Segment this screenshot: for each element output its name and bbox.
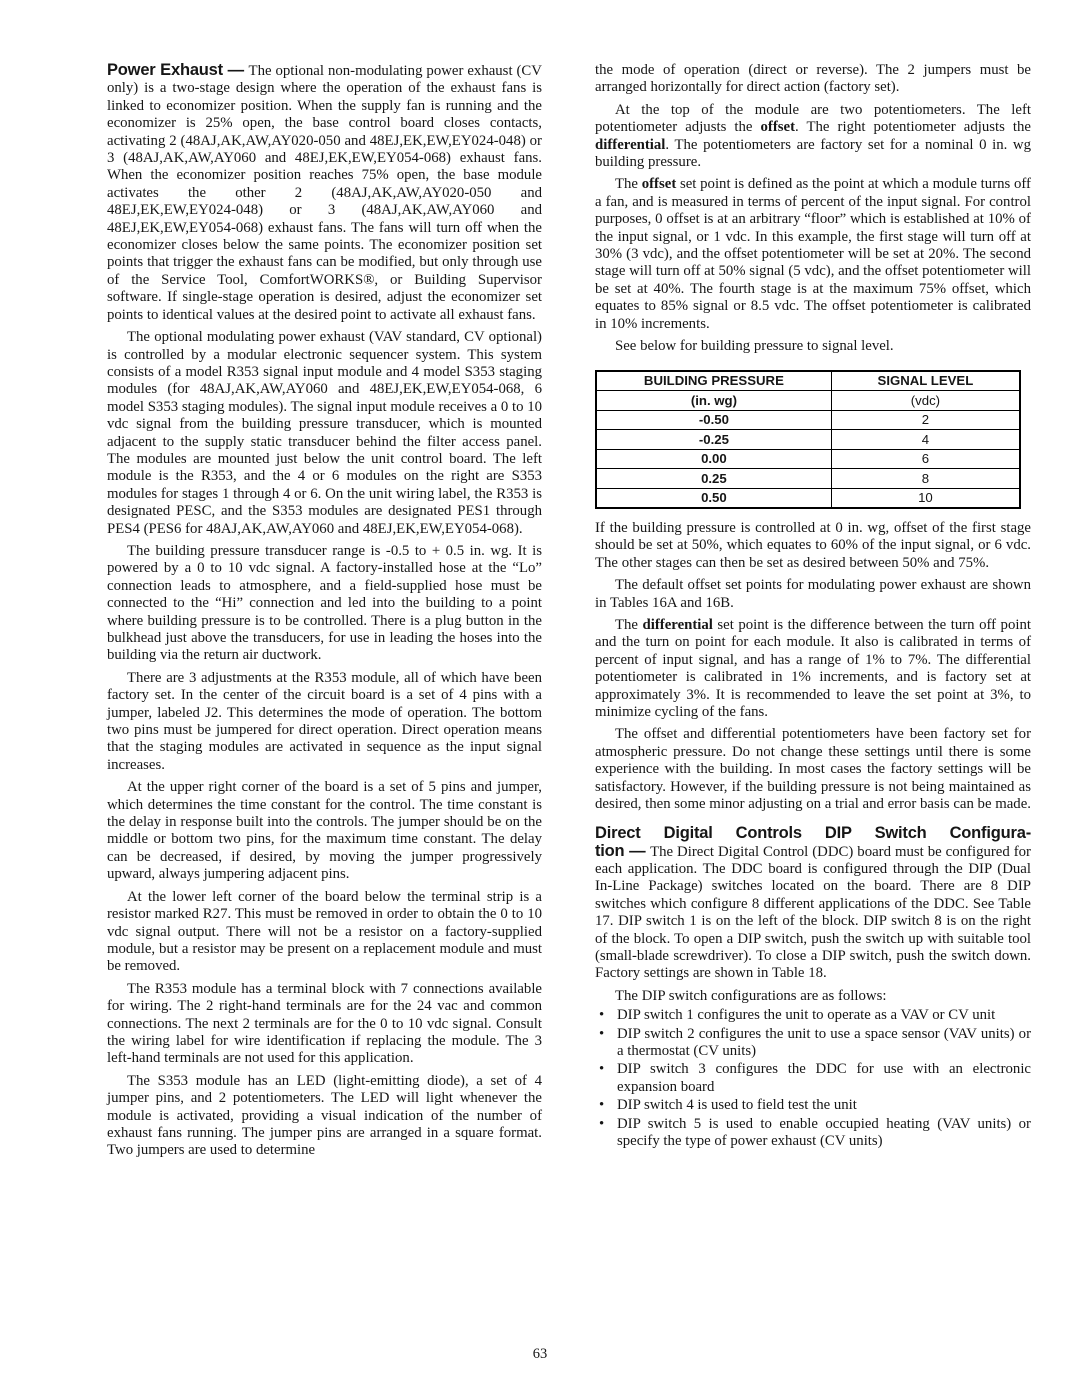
table-cell: 8: [831, 469, 1020, 489]
table-header-signal-level: SIGNAL LEVEL: [831, 371, 1020, 391]
table-row: -0.25 4: [596, 430, 1020, 450]
table-unit-vdc: (vdc): [831, 391, 1020, 411]
table-header-row: BUILDING PRESSURE SIGNAL LEVEL: [596, 371, 1020, 391]
bullet-icon: •: [599, 1007, 604, 1024]
list-item: •DIP switch 3 configures the DDC for use…: [595, 1061, 1031, 1096]
list-item-text: DIP switch 2 configures the unit to use …: [617, 1026, 1031, 1059]
table-row: -0.50 2: [596, 410, 1020, 430]
paragraph: If the building pressure is controlled a…: [595, 520, 1031, 572]
table-cell: 4: [831, 430, 1020, 450]
dip-switch-bullet-list: •DIP switch 1 configures the unit to ope…: [595, 1007, 1031, 1150]
document-page: Power Exhaust — The optional non-modulat…: [0, 0, 1080, 1397]
table-unit-in-wg: (in. wg): [596, 391, 831, 411]
list-item: •DIP switch 4 is used to field test the …: [595, 1097, 1031, 1114]
paragraph: The S353 module has an LED (light-emitti…: [107, 1073, 542, 1160]
page-number: 63: [0, 1346, 1080, 1363]
section-body-text: The Direct Digital Control (DDC) board m…: [595, 844, 1031, 982]
right-column: the mode of operation (direct or reverse…: [595, 62, 1031, 1150]
bullet-icon: •: [599, 1097, 604, 1114]
building-pressure-signal-level-table: BUILDING PRESSURE SIGNAL LEVEL (in. wg) …: [595, 370, 1021, 510]
table-cell: 0.00: [596, 449, 831, 469]
table-cell: 0.50: [596, 488, 831, 508]
section-heading-power-exhaust-paragraph: Power Exhaust — The optional non-modulat…: [107, 62, 542, 324]
table-row: 0.50 10: [596, 488, 1020, 508]
list-item-text: DIP switch 3 configures the DDC for use …: [617, 1061, 1031, 1094]
paragraph: The R353 module has a terminal block wit…: [107, 981, 542, 1068]
paragraph: The building pressure transducer range i…: [107, 543, 542, 665]
paragraph-continuation: the mode of operation (direct or reverse…: [595, 62, 1031, 97]
paragraph: The offset set point is defined as the p…: [595, 176, 1031, 333]
table-cell: 2: [831, 410, 1020, 430]
table-units-row: (in. wg) (vdc): [596, 391, 1020, 411]
table-cell: 6: [831, 449, 1020, 469]
left-column: Power Exhaust — The optional non-modulat…: [107, 62, 542, 1160]
section-heading-line2: tion —: [595, 842, 650, 860]
list-item: •DIP switch 2 configures the unit to use…: [595, 1026, 1031, 1061]
paragraph: See below for building pressure to signa…: [595, 338, 1031, 355]
section-heading-line1: Direct Digital Controls DIP Switch Confi…: [595, 824, 1031, 843]
paragraph: There are 3 adjustments at the R353 modu…: [107, 670, 542, 774]
bullet-icon: •: [599, 1026, 604, 1043]
table-cell: -0.25: [596, 430, 831, 450]
list-item-text: DIP switch 5 is used to enable occupied …: [617, 1116, 1031, 1149]
paragraph: At the upper right corner of the board i…: [107, 779, 542, 883]
table-row: 0.25 8: [596, 469, 1020, 489]
list-item-text: DIP switch 1 configures the unit to oper…: [617, 1007, 995, 1023]
paragraph: The default offset set points for modula…: [595, 577, 1031, 612]
section-heading-ddc-dip-switch-paragraph: Direct Digital Controls DIP Switch Confi…: [595, 824, 1031, 983]
paragraph: The optional modulating power exhaust (V…: [107, 329, 542, 538]
paragraph: At the top of the module are two potenti…: [595, 102, 1031, 172]
table-cell: -0.50: [596, 410, 831, 430]
table-row: 0.00 6: [596, 449, 1020, 469]
list-item: •DIP switch 5 is used to enable occupied…: [595, 1116, 1031, 1151]
paragraph: The offset and differential potentiomete…: [595, 726, 1031, 813]
list-item-text: DIP switch 4 is used to field test the u…: [617, 1097, 857, 1113]
dip-switch-intro: The DIP switch configurations are as fol…: [595, 988, 1031, 1005]
table-cell: 10: [831, 488, 1020, 508]
bullet-icon: •: [599, 1061, 604, 1078]
table-cell: 0.25: [596, 469, 831, 489]
list-item: •DIP switch 1 configures the unit to ope…: [595, 1007, 1031, 1024]
paragraph: At the lower left corner of the board be…: [107, 889, 542, 976]
table-header-building-pressure: BUILDING PRESSURE: [596, 371, 831, 391]
bullet-icon: •: [599, 1116, 604, 1133]
paragraph: The differential set point is the differ…: [595, 617, 1031, 721]
